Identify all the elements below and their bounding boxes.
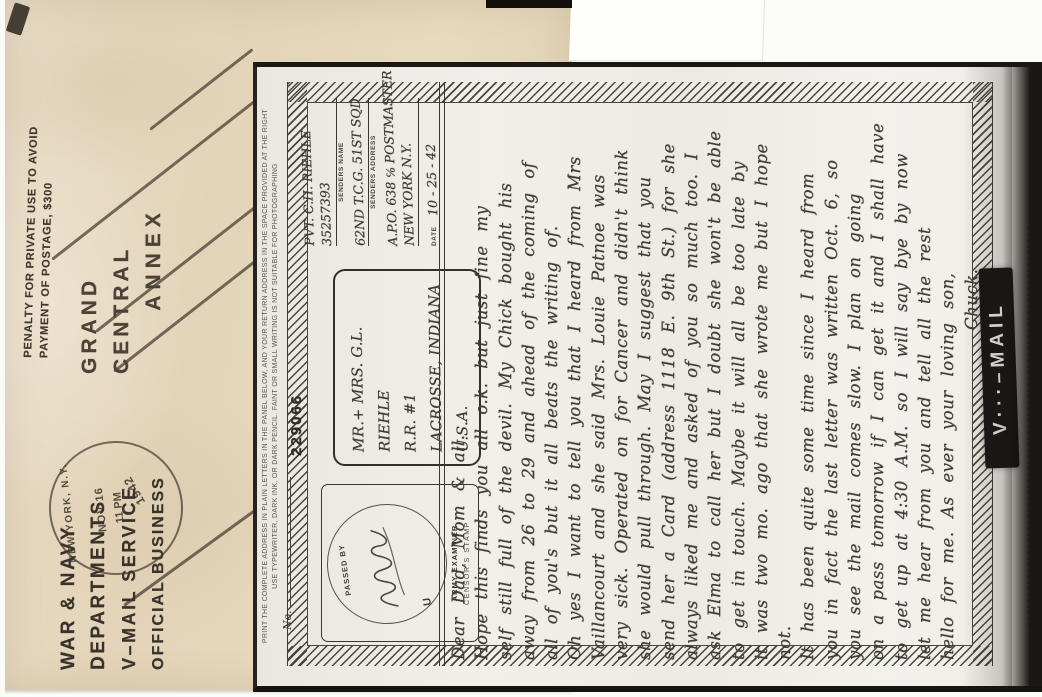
sender-name-underline xyxy=(336,98,337,246)
sender-address-underline xyxy=(368,98,369,246)
message-line: not. xyxy=(773,78,796,660)
censor-passed-by: PASSED BY xyxy=(332,511,357,629)
sender-address-line1: 62ND T.C.G. 51ST SQD xyxy=(347,98,367,246)
header-message-divider xyxy=(439,82,445,666)
message-line: it was two mo. ago that she wrote me but… xyxy=(750,78,773,660)
cancel-station-name: GRAND CENTRAL ANNEX xyxy=(74,144,170,374)
photo-edge-black-band xyxy=(1002,67,1042,686)
sender-city-underline xyxy=(418,98,419,246)
date-value: 10 - 25 - 42 xyxy=(423,144,441,217)
message-line: to get in touch. Maybe it will all be to… xyxy=(727,78,750,660)
message-line: on a pass tomorrow if I can get it and I… xyxy=(866,78,889,660)
recipient-line: MR.+ MRS. G.L. RIEHLE xyxy=(343,279,398,453)
message-line: away from 26 to 29 and ahead of the comi… xyxy=(517,78,540,660)
message-line: let me hear from you and tell all the re… xyxy=(913,78,936,660)
sender-address-line3: NEW YORK N.Y. xyxy=(398,143,417,246)
form-instructions-line2: USE TYPEWRITER, DARK INK, OR DARK PENCIL… xyxy=(272,96,279,656)
sender-name: PVT. C.H. RIEHLE xyxy=(298,130,317,246)
message-line: Oh yes I want to tell you that I heard f… xyxy=(563,78,586,660)
message-line: It has been quite some time since I hear… xyxy=(796,78,819,660)
message-line: all of you's but it all beats the writin… xyxy=(540,78,563,660)
vmail-photo-print: PRINT THE COMPLETE ADDRESS IN PLAIN LETT… xyxy=(253,62,1042,692)
message-line: hello for me. As ever your loving son, xyxy=(936,78,959,660)
cancel-station-line: ANNEX xyxy=(138,144,170,374)
sender-address-label: SENDERS ADDRESS xyxy=(370,98,377,246)
envelope-top-shadow-bar xyxy=(486,0,572,8)
envelope-rotated-content: WAR & NAVY DEPARTMENTS V–MAIL SERVICE OF… xyxy=(4,0,259,690)
cancel-station-line: GRAND CENTRAL xyxy=(74,144,138,374)
message-line: ask Elma to call her but I doubt she won… xyxy=(703,78,726,660)
serial-number: 229066 xyxy=(288,394,305,456)
message-line: Hope this finds you all o.k. but just fi… xyxy=(470,78,493,660)
handwritten-message: Dear Dad, Mom & all. Hope this finds you… xyxy=(447,78,983,660)
paper-flap xyxy=(569,0,765,61)
recipient-line: R.R. #1 xyxy=(395,279,424,452)
postmark-year: 1942 xyxy=(121,474,148,508)
message-line: she would pull through. May I suggest th… xyxy=(633,78,656,660)
form-number-field: No. xyxy=(281,477,294,630)
form-instructions-line1: PRINT THE COMPLETE ADDRESS IN PLAIN LETT… xyxy=(262,96,269,656)
message-line: very sick. Operated on for Cancer and di… xyxy=(610,78,633,660)
sender-block: PVT. C.H. RIEHLE 35257393 SENDERS NAME 6… xyxy=(299,94,441,246)
scan-left-margin xyxy=(0,0,5,697)
message-line: self still full of the devil. My Chick b… xyxy=(494,78,517,660)
censor-signature-scrawl xyxy=(356,517,412,614)
date-label: DATE xyxy=(431,226,438,246)
penalty-notice: PENALTY FOR PRIVATE USE TO AVOID PAYMENT… xyxy=(20,58,60,359)
message-line: you in fact the last letter was written … xyxy=(820,78,843,660)
message-line: send her a Card (address 1118 E. 9th St.… xyxy=(657,78,680,660)
message-line: to get up at 4:30 A.M. so I will say bye… xyxy=(890,78,913,660)
message-line: Dear Dad, Mom & all. xyxy=(447,78,470,660)
message-line: Vaillancourt and she said Mrs. Louie Pat… xyxy=(587,78,610,660)
sender-serial: 35257393 xyxy=(317,182,334,246)
sender-name-label: SENDERS NAME xyxy=(338,98,345,246)
message-line: always liked me and asked of you so much… xyxy=(680,78,703,660)
no-blank-line xyxy=(290,477,291,607)
vmail-form-rotated: PRINT THE COMPLETE ADDRESS IN PLAIN LETT… xyxy=(257,67,1042,686)
censor-stamp-circle: PASSED BY U xyxy=(319,496,455,632)
message-line: you see the mail comes slow. I plan on g… xyxy=(843,78,866,660)
no-label: No. xyxy=(281,610,294,630)
censor-u-mark: U xyxy=(421,597,434,607)
